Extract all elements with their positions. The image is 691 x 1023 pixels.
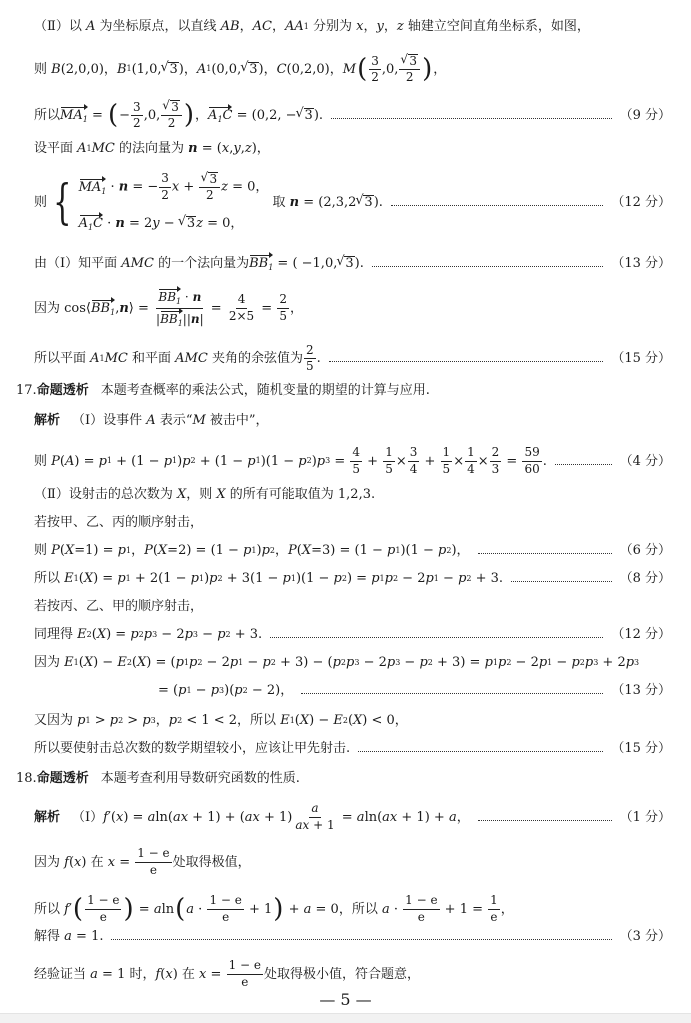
- dot-leader: [555, 464, 612, 465]
- p16-setup-text: （Ⅱ）以 A 为坐标原点，以直线 AB，AC，AA1 分别为 x，y，z 轴建立…: [34, 20, 590, 33]
- score-6: （6 分）: [620, 544, 671, 557]
- p17-analysis-text: 本题考查概率的乘法公式，随机变量的期望的计算与应用.: [101, 384, 430, 397]
- score-15: （15 分）: [611, 352, 671, 365]
- p17-line-e1: 所以 E1(X) = p1 + 2(1 − p1)p2 + 3(1 − p1)(…: [34, 572, 671, 585]
- system-lead: 则: [34, 196, 47, 209]
- p18-line-extremum: 因为 f(x) 在 x = 1 − ee处取得极值，: [34, 846, 671, 878]
- p16-line-amc-normal: 由（Ⅰ）知平面 AMC 的一个法向量为BB1 = ( −1,0,3). （13 …: [34, 254, 671, 272]
- problem-number-17: 17.: [16, 384, 37, 397]
- p18-extremum-text: 因为 f(x) 在 x = 1 − ee处取得极值，: [34, 847, 251, 876]
- p17-diff-text: 因为 E1(X) − E2(X) = (p1p2 − 2p1 − p2 + 3)…: [34, 656, 639, 669]
- p16-vectors-text: 所以MA1 = (−32,0,32)，A1C = (0,2, −3).: [34, 100, 323, 130]
- dot-leader: [478, 553, 612, 554]
- p17-line-factor: = (p1 − p3)(p2 − 2)， （13 分）: [158, 684, 671, 697]
- p16-line-coordinates: 则 B(2,0,0)，B1(1,0,3)，A1(0,0,3)，C(0,2,0)，…: [34, 54, 671, 84]
- p17-line-part2: （Ⅱ）设射击的总次数为 X，则 X 的所有可能取值为 1,2,3.: [34, 488, 671, 501]
- p17-line-order2: 若按丙、乙、甲的顺序射击，: [34, 600, 671, 613]
- score-8: （8 分）: [620, 572, 671, 585]
- p16-line-system: 则 { MA1 · n = −32x + 32z = 0， A1C · n = …: [34, 172, 671, 232]
- p18-header: 18. 命题透析 本题考查利用导数研究函数的性质.: [16, 772, 671, 785]
- p17-pa-text: 则 P(A) = p1 + (1 − p1)p2 + (1 − p1)(1 − …: [34, 446, 547, 475]
- dot-leader: [331, 118, 612, 119]
- p17-line-order1: 若按甲、乙、丙的顺序射击，: [34, 516, 671, 529]
- p17-e1-text: 所以 E1(X) = p1 + 2(1 − p1)p2 + 3(1 − p1)(…: [34, 572, 503, 585]
- p18-analysis-text: 本题考查利用导数研究函数的性质.: [101, 772, 300, 785]
- p17-line-e2: 同理得 E2(X) = p2p3 − 2p3 − p2 + 3. （12 分）: [34, 628, 671, 641]
- problem-number-18: 18.: [16, 772, 37, 785]
- p17-dist-text: 则 P(X=1) = p1，P(X=2) = (1 − p1)p2，P(X=3)…: [34, 544, 470, 557]
- p17-header: 17. 命题透析 本题考查概率的乘法公式，随机变量的期望的计算与应用.: [16, 384, 671, 397]
- score-13: （13 分）: [611, 257, 671, 270]
- equation-2: A1C · n = 2y − 3z = 0，: [79, 214, 269, 232]
- p17-ineq-text: 又因为 p1 > p2 > p3，p2 < 1 < 2，所以 E1(X) − E…: [34, 714, 408, 727]
- p17-line-pa: 则 P(A) = p1 + (1 − p1)p2 + (1 − p1)(1 − …: [34, 444, 671, 478]
- dot-leader: [391, 205, 603, 206]
- p16-line-setup: （Ⅱ）以 A 为坐标原点，以直线 AB，AC，AA1 分别为 x，y，z 轴建立…: [34, 20, 671, 33]
- p17-line-dist: 则 P(X=1) = p1，P(X=2) = (1 − p1)p2，P(X=3)…: [34, 544, 671, 557]
- p17-line-ineq: 又因为 p1 > p2 > p3，p2 < 1 < 2，所以 E1(X) − E…: [34, 714, 671, 727]
- p16-coordinates-text: 则 B(2,0,0)，B1(1,0,3)，A1(0,0,3)，C(0,2,0)，…: [34, 54, 446, 84]
- p16-line-normal-def: 设平面 A1MC 的法向量为 n = (x,y,z)，: [34, 142, 671, 155]
- p16-line-vectors: 所以MA1 = (−32,0,32)，A1C = (0,2, −3). （9 分…: [34, 100, 671, 130]
- dot-leader: [372, 266, 603, 267]
- score-15b: （15 分）: [611, 742, 671, 755]
- p18-verify-text: 经验证当 a = 1 时，f(x) 在 x = 1 − ee处取得极小值，符合题…: [34, 959, 420, 988]
- score-9: （9 分）: [620, 109, 671, 122]
- left-brace: {: [53, 178, 71, 226]
- p17-part2-text: （Ⅱ）设射击的总次数为 X，则 X 的所有可能取值为 1,2,3.: [34, 488, 375, 501]
- p16-system: 则 { MA1 · n = −32x + 32z = 0， A1C · n = …: [34, 172, 383, 232]
- dot-leader: [511, 581, 612, 582]
- dot-leader: [358, 751, 603, 752]
- p17-order2-text: 若按丙、乙、甲的顺序射击，: [34, 600, 203, 613]
- p16-normal-def-text: 设平面 A1MC 的法向量为 n = (x,y,z)，: [34, 142, 270, 155]
- p17-line-conclusion: 所以要使射击总次数的数学期望较小，应该让甲先射击. （15 分）: [34, 742, 671, 755]
- p18-line-verify: 经验证当 a = 1 时，f(x) 在 x = 1 − ee处取得极小值，符合题…: [34, 958, 671, 990]
- dot-leader: [301, 693, 603, 694]
- p17-order1-text: 若按甲、乙、丙的顺序射击，: [34, 516, 203, 529]
- score-12: （12 分）: [611, 196, 671, 209]
- p17-e2-text: 同理得 E2(X) = p2p3 − 2p3 − p2 + 3.: [34, 628, 262, 641]
- dot-leader: [329, 361, 604, 362]
- p18-derivative-text: （Ⅰ）f′(x) = aln(ax + 1) + (ax + 1)aax + 1…: [72, 802, 470, 831]
- p17-analysis-label: 命题透析: [37, 384, 89, 397]
- p18-line-a: 解得 a = 1. （3 分）: [34, 930, 671, 943]
- page-bottom-edge: [0, 1013, 691, 1023]
- equation-system: { MA1 · n = −32x + 32z = 0， A1C · n = 2y…: [47, 172, 268, 232]
- p18-a-text: 解得 a = 1.: [34, 930, 103, 943]
- p17-solution-label: 解析: [34, 414, 60, 427]
- score-13b: （13 分）: [611, 684, 671, 697]
- p16-amc-normal-text: 由（Ⅰ）知平面 AMC 的一个法向量为BB1 = ( −1,0,3).: [34, 254, 364, 272]
- exam-answer-page: （Ⅱ）以 A 为坐标原点，以直线 AB，AC，AA1 分别为 x，y，z 轴建立…: [0, 0, 691, 1013]
- dot-leader: [270, 637, 603, 638]
- p18-solve-text: 所以 f′(1 − ee) = aln(a · 1 − ee + 1) + a …: [34, 894, 514, 923]
- score-4: （4 分）: [620, 455, 671, 468]
- p16-line-conclusion: 所以平面 A1MC 和平面 AMC 夹角的余弦值为25. （15 分）: [34, 344, 671, 373]
- page-number: — 5 —: [0, 990, 691, 1009]
- p18-solution-label: 解析: [34, 811, 60, 824]
- p18-line-solve: 所以 f′(1 − ee) = aln(a · 1 − ee + 1) + a …: [34, 892, 671, 926]
- p17-line-diff: 因为 E1(X) − E2(X) = (p1p2 − 2p1 − p2 + 3)…: [34, 656, 671, 669]
- p16-line-cos: 因为 cos⟨BB1,n⟩ = BB1 · n|BB1||n| = 42×5 =…: [34, 288, 671, 328]
- dot-leader: [111, 939, 611, 940]
- score-1: （1 分）: [620, 811, 671, 824]
- p17-conclusion-text: 所以要使射击总次数的数学期望较小，应该让甲先射击.: [34, 742, 350, 755]
- p18-line-derivative: 解析 （Ⅰ）f′(x) = aln(ax + 1) + (ax + 1)aax …: [34, 800, 671, 834]
- dot-leader: [478, 820, 612, 821]
- p16-cos-text: 因为 cos⟨BB1,n⟩ = BB1 · n|BB1||n| = 42×5 =…: [34, 288, 303, 329]
- p17-factor-text: = (p1 − p3)(p2 − 2)，: [158, 684, 293, 697]
- score-3: （3 分）: [620, 930, 671, 943]
- p17-part1-text: （Ⅰ）设事件 A 表示“M 被击中”，: [72, 414, 269, 427]
- p17-line-part1: 解析 （Ⅰ）设事件 A 表示“M 被击中”，: [34, 414, 671, 427]
- p18-analysis-label: 命题透析: [37, 772, 89, 785]
- equation-1: MA1 · n = −32x + 32z = 0，: [79, 172, 269, 202]
- p16-conclusion-text: 所以平面 A1MC 和平面 AMC 夹角的余弦值为25.: [34, 344, 321, 373]
- score-12b: （12 分）: [611, 628, 671, 641]
